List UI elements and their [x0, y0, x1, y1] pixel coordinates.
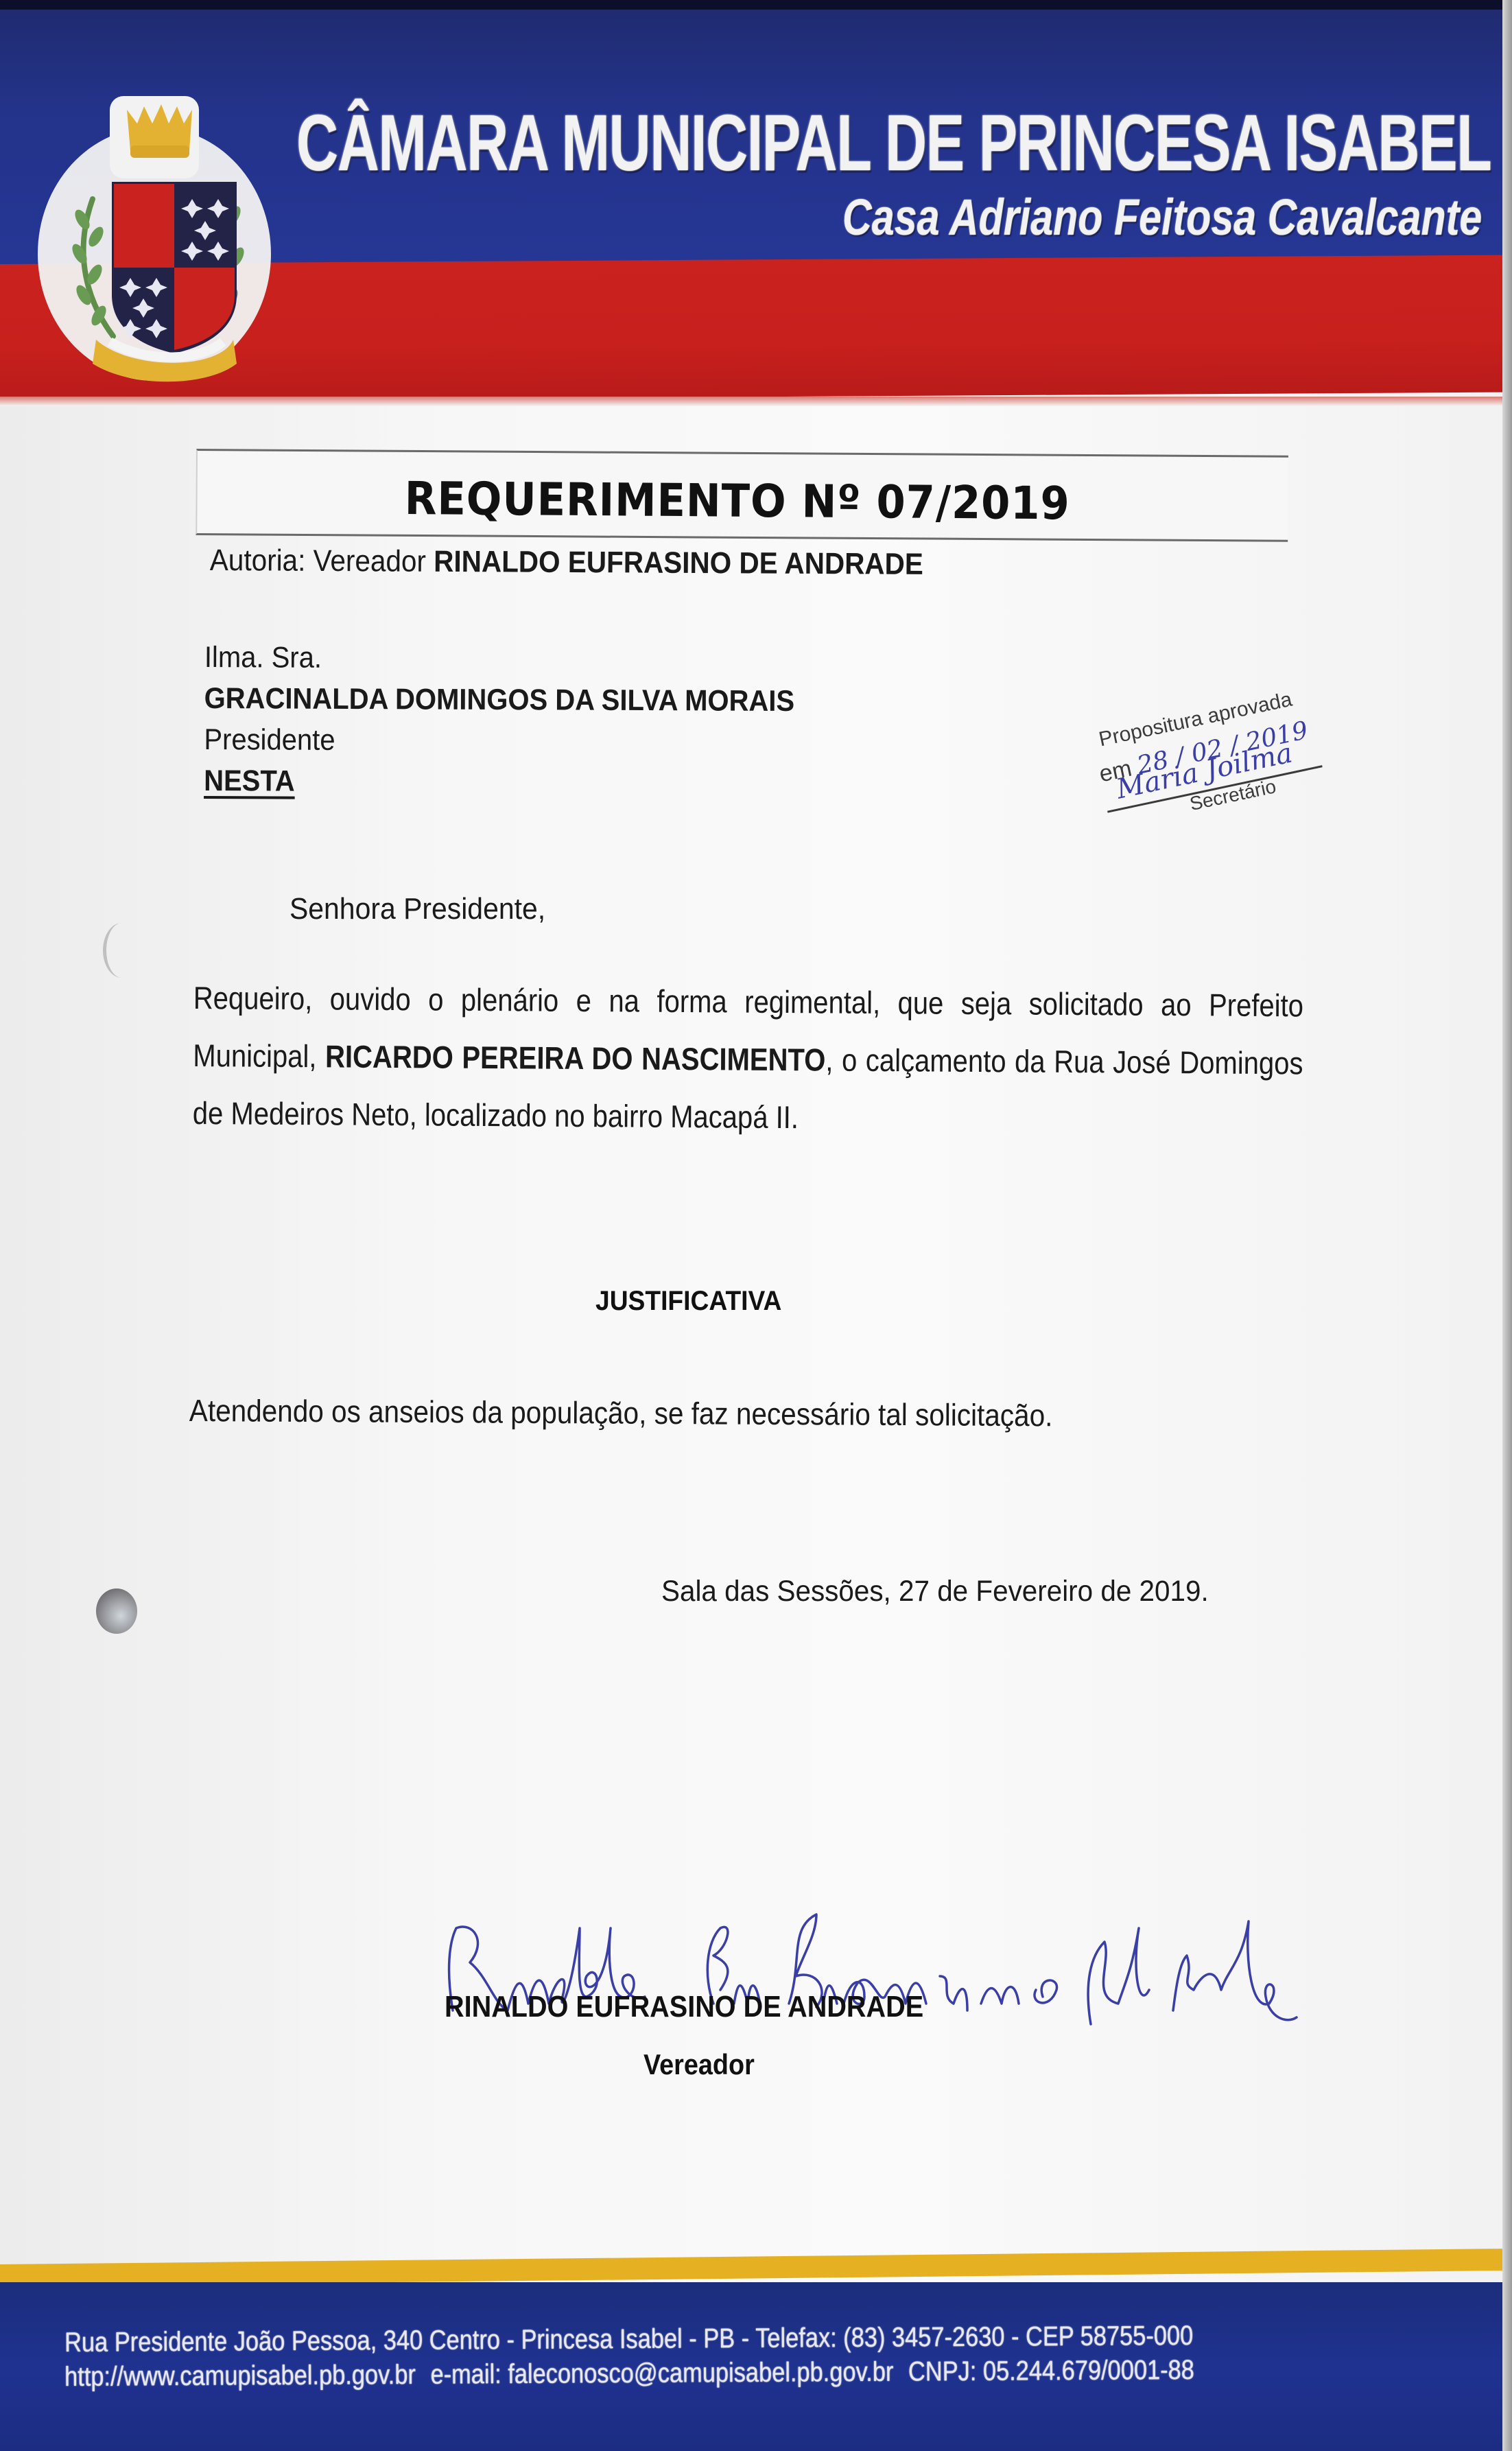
justification-heading: JUSTIFICATIVA — [595, 1286, 781, 1317]
greeting: Senhora Presidente, — [290, 892, 545, 926]
place-and-date: Sala das Sessões, 27 de Fevereiro de 201… — [661, 1575, 1209, 1608]
request-paragraph: Requeiro, ouvido o plenário e na forma r… — [193, 969, 1304, 1149]
authorship-line: Autoria: Vereador RINALDO EUFRASINO DE A… — [210, 543, 923, 582]
header-top-edge — [0, 0, 1502, 10]
addressee-role: Presidente — [204, 719, 794, 763]
institution-subtitle: Casa Adriano Feitosa Cavalcante — [842, 192, 1482, 243]
mayor-name: RICARDO PEREIRA DO NASCIMENTO — [325, 1038, 826, 1077]
justification-text: Atendendo os anseios da população, se fa… — [189, 1393, 1053, 1433]
signer-name: RINALDO EUFRASINO DE ANDRADE — [445, 1990, 923, 2024]
document-title: REQUERIMENTO Nº 07/2019 — [405, 472, 1070, 530]
addressee-name: GRACINALDA DOMINGOS DA SILVA MORAIS — [204, 678, 795, 722]
signer-role: Vereador — [643, 2048, 755, 2081]
footer-cnpj: CNPJ: 05.244.679/0001-88 — [908, 2355, 1194, 2387]
footer-website-link[interactable]: http://www.camupisabel.pb.gov.br — [64, 2360, 416, 2392]
addressee-location: NESTA — [204, 764, 295, 798]
addressee-honorific: Ilma. Sra. — [204, 637, 795, 681]
footer-email[interactable]: e-mail: faleconosco@camupisabel.pb.gov.b… — [430, 2357, 893, 2390]
author-name: RINALDO EUFRASINO DE ANDRADE — [434, 545, 923, 581]
institution-title: CÂMARA MUNICIPAL DE PRINCESA ISABEL — [296, 103, 1178, 183]
addressee-block: Ilma. Sra. GRACINALDA DOMINGOS DA SILVA … — [204, 637, 794, 804]
authorship-label: Autoria: Vereador — [210, 543, 426, 578]
header-red-edge — [0, 397, 1502, 406]
punch-hole-mark — [103, 923, 141, 978]
municipal-coat-of-arms-icon — [27, 69, 281, 384]
punch-hole-mark — [96, 1588, 137, 1634]
page-edge-shadow — [1502, 0, 1512, 2451]
letterhead-banner: CÂMARA MUNICIPAL DE PRINCESA ISABEL Casa… — [0, 0, 1502, 412]
